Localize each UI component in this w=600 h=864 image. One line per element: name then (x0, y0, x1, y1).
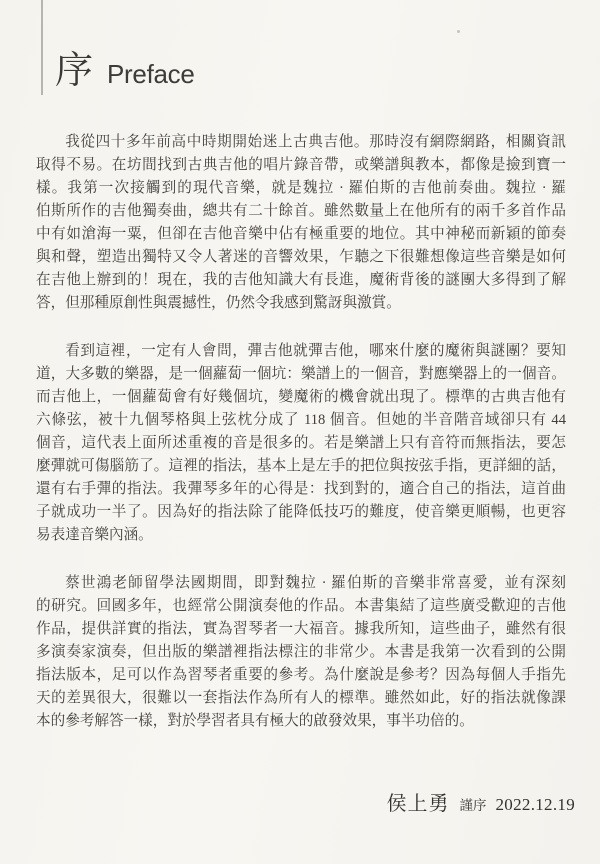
title-english: Preface (107, 61, 195, 87)
text-line: 道，大多數的樂器，是一個蘿蔔一個坑：樂譜上的一個音，對應樂器上的一個音。 (36, 363, 566, 386)
text-line: 在吉他上辦到的！現在，我的吉他知識大有長進，魔術背後的謎團大多得到了解 (36, 269, 566, 292)
text-line: 多演奏家演奏，但出版的樂譜裡指法標注的非常少。本書是我第一次看到的公開 (36, 641, 566, 664)
preface-page: 序 Preface 我從四十多年前高中時期開始迷上古典吉他。那時沒有網際網路，相… (0, 0, 600, 864)
text-line: 的研究。回國多年，也經常公開演奏他的作品。本書集結了這些廣受歡迎的吉他 (36, 595, 566, 618)
text-line: 而吉他上，一個蘿蔔會有好幾個坑，變魔術的機會就出現了。標準的古典吉他有 (36, 386, 566, 409)
signature-line: 侯上勇 謹序 2022.12.19 (387, 787, 576, 816)
title-chinese: 序 (55, 52, 93, 90)
signature-label: 謹序 (460, 794, 487, 814)
text-line: 子就成功一半了。因為好的指法除了能降低技巧的難度，使音樂更順暢，也更容 (36, 501, 566, 524)
scan-speck (457, 30, 460, 33)
text-line: 麼彈就可傷腦筋了。這裡的指法，基本上是左手的把位與按弦手指，更詳細的話， (36, 455, 566, 478)
text-line: 蔡世鴻老師留學法國期間，即對魏拉 · 羅伯斯的音樂非常喜愛，並有深刻 (36, 572, 566, 595)
page-title: 序 Preface (55, 52, 195, 90)
text-line: 易表達音樂內涵。 (36, 524, 566, 547)
text-line: 天的差異很大，很難以一套指法作為所有人的標準。雖然如此，好的指法就像課 (36, 687, 566, 710)
paragraph-3: 蔡世鴻老師留學法國期間，即對魏拉 · 羅伯斯的音樂非常喜愛，並有深刻 的研究。回… (36, 572, 566, 733)
signature-date: 2022.12.19 (496, 795, 576, 815)
title-accent-rule (41, 0, 43, 95)
text-line: 個音，這代表上面所述重複的音是很多的。若是樂譜上只有音符而無指法，要怎 (36, 432, 566, 455)
text-line: 中有如滄海一粟，但卻在吉他音樂中佔有極重要的地位。其中神秘而新穎的節奏 (36, 223, 566, 246)
text-line: 與和聲，塑造出獨特又令人著迷的音響效果，乍聽之下很難想像這些音樂是如何 (36, 246, 566, 269)
text-line: 伯斯所作的吉他獨奏曲，總共有二十餘首。雖然數量上在他所有的兩千多首作品 (36, 200, 566, 223)
paragraph-2: 看到這裡，一定有人會問，彈吉他就彈吉他，哪來什麼的魔術與謎團？要知 道，大多數的… (36, 340, 566, 547)
text-line: 取得不易。在坊間找到古典吉他的唱片錄音帶，或樂譜與教本，都像是撿到寶一 (36, 154, 566, 177)
paragraph-1: 我從四十多年前高中時期開始迷上古典吉他。那時沒有網際網路，相關資訊 取得不易。在… (36, 131, 566, 315)
text-line: 六條弦，被十九個琴格與上弦枕分成了 118 個音。但她的半音階音域卻只有 44 (36, 409, 566, 432)
preface-body: 我從四十多年前高中時期開始迷上古典吉他。那時沒有網際網路，相關資訊 取得不易。在… (36, 131, 566, 733)
text-line: 看到這裡，一定有人會問，彈吉他就彈吉他，哪來什麼的魔術與謎團？要知 (36, 340, 566, 363)
text-line: 本的參考解答一樣，對於學習者具有極大的啟發效果，事半功倍的。 (36, 710, 566, 733)
text-line: 樣。我第一次接觸到的現代音樂，就是魏拉 · 羅伯斯的吉他前奏曲。魏拉 · 羅 (36, 177, 566, 200)
text-line: 答，但那種原創性與震撼性，仍然令我感到驚訝與激賞。 (36, 292, 566, 315)
text-line: 我從四十多年前高中時期開始迷上古典吉他。那時沒有網際網路，相關資訊 (36, 131, 566, 154)
text-line: 指法版本，足可以作為習琴者重要的參考。為什麼說是參考？因為每個人手指先 (36, 664, 566, 687)
text-line: 作品，提供詳實的指法，實為習琴者一大福音。據我所知，這些曲子，雖然有很 (36, 618, 566, 641)
signature-name: 侯上勇 (387, 787, 450, 816)
text-line: 還有右手彈的指法。我彈琴多年的心得是：找到對的，適合自己的指法，這首曲 (36, 478, 566, 501)
